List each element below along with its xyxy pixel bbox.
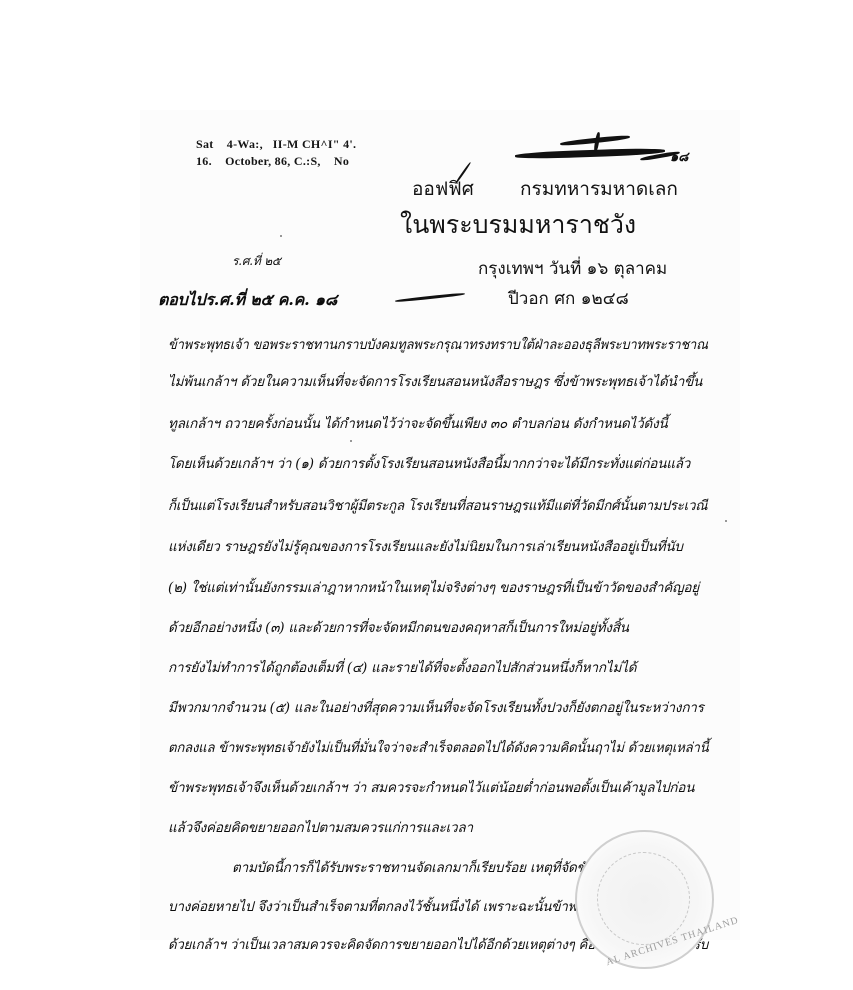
body-line: (๒) ใช่แต่เท่านั้นยังกรรมเล่าฎาหากหน้าใน… (168, 576, 699, 598)
seal-emblem (597, 852, 690, 945)
speck (350, 440, 352, 442)
body-line: ด้วยอีกอย่างหนึ่ง (๓) และด้วยการที่จะจัด… (168, 616, 629, 638)
body-line: มีพวกมากจำนวน (๕) และในอย่างที่สุดความเห… (168, 696, 704, 718)
archive-seal: AL ARCHIVES THAILAND (575, 830, 714, 969)
body-line: ข้าพระพุทธเจ้าจึงเห็นด้วยเกล้าฯ ว่า สมคว… (168, 776, 694, 798)
body-line: ทูลเกล้าฯ ถวายครั้งก่อนนั้น ได้กำหนดไว้ว… (168, 412, 668, 434)
document-page: Sat 4-Wa:, II-M CH^I" 4'. 16. October, 8… (0, 0, 853, 990)
palace-name: ในพระบรมมหาราชวัง (400, 205, 636, 245)
speck (725, 520, 727, 522)
speck (280, 235, 282, 237)
body-line: ไม่พ้นเกล้าฯ ด้วยในความเห็นที่จะจัดการโร… (168, 370, 702, 392)
reply-reference: ตอบไปร.ศ.ที่ ๒๕ ค.ค. ๑๘ (158, 288, 337, 313)
department-name: กรมทหารมหาดเลก (520, 174, 678, 204)
body-line: การยังไม่ทำการได้ถูกต้องเต็มที่ (๔) และร… (168, 656, 636, 678)
body-line: แห่งเดียว ราษฎรยังไม่รู้คุณของการโรงเรีย… (168, 535, 683, 557)
office-label: ออฟฟิศ (412, 174, 474, 204)
signature-annotation: ๑๘ (510, 132, 700, 172)
body-line: โดยเห็นด้วยเกล้าฯ ว่า (๑) ด้วยการตั้งโรง… (168, 452, 690, 474)
body-line: ตกลงแล ข้าพระพุทธเจ้ายังไม่เป็นที่มั่นใจ… (168, 736, 708, 758)
annotation-number: ๑๘ (670, 146, 688, 167)
place-date: กรุงเทพฯ วันที่ ๑๖ ตุลาคม (478, 255, 667, 282)
year-line: ปีวอก ศก ๑๒๔๘ (508, 285, 629, 312)
reference-number: ร.ศ.ที่ ๒๕ (232, 252, 281, 271)
body-line: ก็เป็นแต่โรงเรียนสำหรับสอนวิชาผู้มีตระกู… (168, 494, 707, 516)
body-line: แล้วจึงค่อยคิดขยายออกไปตามสมควรแก่การและ… (168, 816, 473, 838)
body-line: ข้าพระพุทธเจ้า ขอพระราชทานกราบบังคมทูลพร… (168, 333, 708, 355)
printed-header-line-2: 16. October, 86, C.:S, No (196, 154, 349, 169)
printed-header-line-1: Sat 4-Wa:, II-M CH^I" 4'. (196, 137, 356, 152)
